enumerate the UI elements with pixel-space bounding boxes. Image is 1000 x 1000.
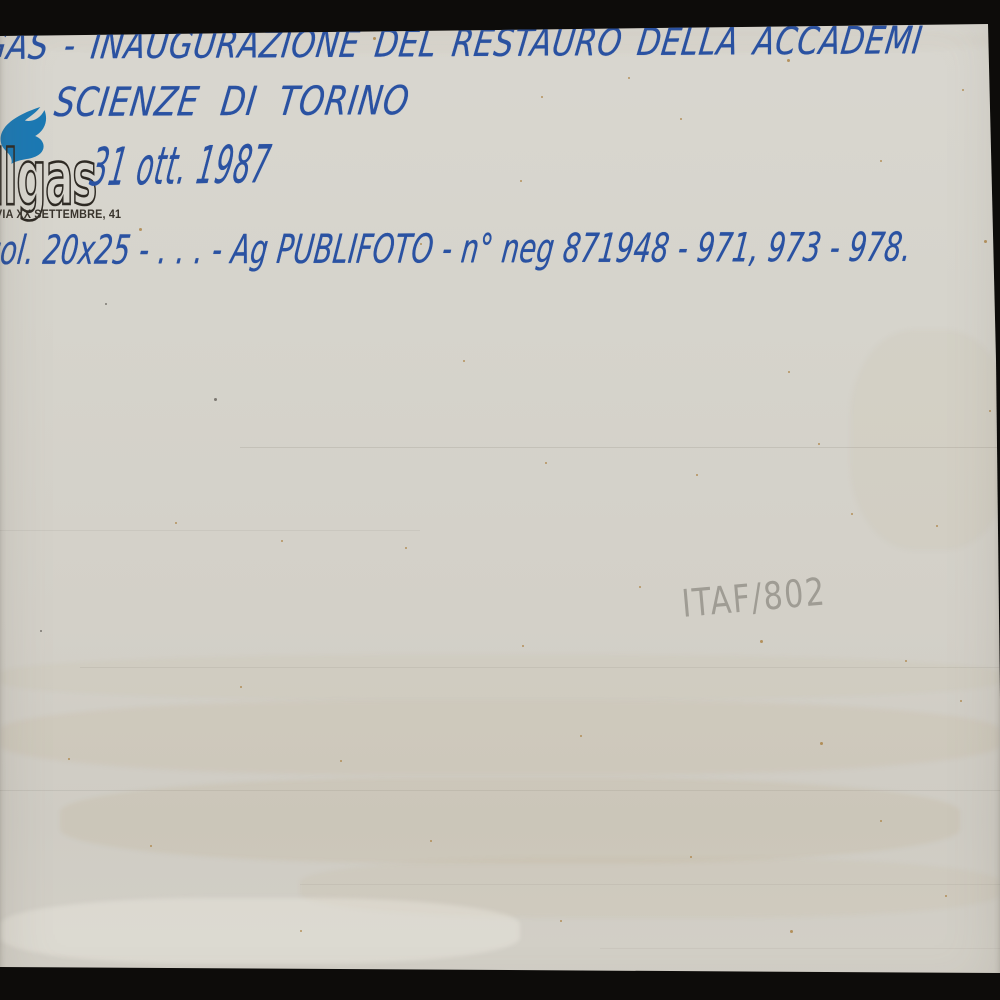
foxing-speck: [880, 160, 882, 162]
paper-crease: [300, 884, 1000, 885]
handwritten-title-line1: GAS - INAUGURAZIONE DEL RESTAURO DELLA A…: [0, 18, 925, 68]
foxing-speck: [628, 77, 630, 79]
foxing-speck: [820, 742, 823, 745]
foxing-speck: [463, 360, 465, 362]
foxing-speck: [340, 760, 342, 762]
foxing-speck: [788, 371, 790, 373]
italgas-logo-text: llgas: [0, 140, 96, 216]
foxing-speck: [690, 856, 692, 858]
foxing-speck: [818, 443, 820, 445]
scanned-envelope-photo: llgas VIA XX SETTEMBRE, 41 GAS - INAUGUR…: [0, 0, 1000, 1000]
foxing-speck: [105, 303, 107, 305]
foxing-speck: [545, 462, 547, 464]
foxing-speck: [960, 700, 962, 702]
foxing-speck: [905, 660, 907, 662]
foxing-speck: [580, 735, 582, 737]
handwritten-title-line2: SCIENZE DI TORINO: [52, 78, 413, 126]
foxing-speck: [560, 920, 562, 922]
foxing-speck: [790, 930, 793, 933]
foxing-speck: [880, 820, 882, 822]
foxing-speck: [214, 398, 217, 401]
letterhead-address: VIA XX SETTEMBRE, 41: [0, 207, 121, 221]
foxing-speck: [430, 840, 432, 842]
paper-crease: [240, 447, 1000, 448]
paper-crease: [0, 530, 420, 531]
paper-crease: [600, 948, 1000, 949]
handwritten-photo-notes: col. 20x25 - . . . - Ag PUBLIFOTO - n° n…: [0, 225, 914, 274]
paper-stain: [0, 700, 1000, 775]
envelope-paper: llgas VIA XX SETTEMBRE, 41 GAS - INAUGUR…: [0, 0, 1000, 1000]
foxing-speck: [989, 410, 991, 412]
paper-stain: [0, 655, 1000, 700]
foxing-speck: [281, 540, 283, 542]
foxing-speck: [522, 645, 524, 647]
paper-stain: [0, 898, 520, 964]
foxing-speck: [639, 586, 641, 588]
foxing-speck: [962, 89, 964, 91]
foxing-speck: [541, 96, 543, 98]
foxing-speck: [696, 474, 698, 476]
foxing-speck: [300, 930, 302, 932]
foxing-speck: [680, 118, 682, 120]
foxing-speck: [405, 547, 407, 549]
pencil-archive-code: ITAF/802: [680, 569, 828, 625]
paper-stain: [850, 330, 1000, 550]
foxing-speck: [150, 845, 152, 847]
foxing-speck: [984, 240, 987, 243]
foxing-speck: [760, 640, 763, 643]
foxing-speck: [40, 630, 42, 632]
foxing-speck: [240, 686, 242, 688]
foxing-speck: [68, 758, 70, 760]
paper-crease: [80, 667, 1000, 668]
foxing-speck: [936, 525, 938, 527]
foxing-speck: [851, 513, 853, 515]
foxing-speck: [520, 180, 522, 182]
paper-crease: [0, 790, 1000, 791]
handwritten-date: 31 ott. 1987: [86, 135, 275, 198]
foxing-speck: [175, 522, 177, 524]
foxing-speck: [945, 895, 947, 897]
